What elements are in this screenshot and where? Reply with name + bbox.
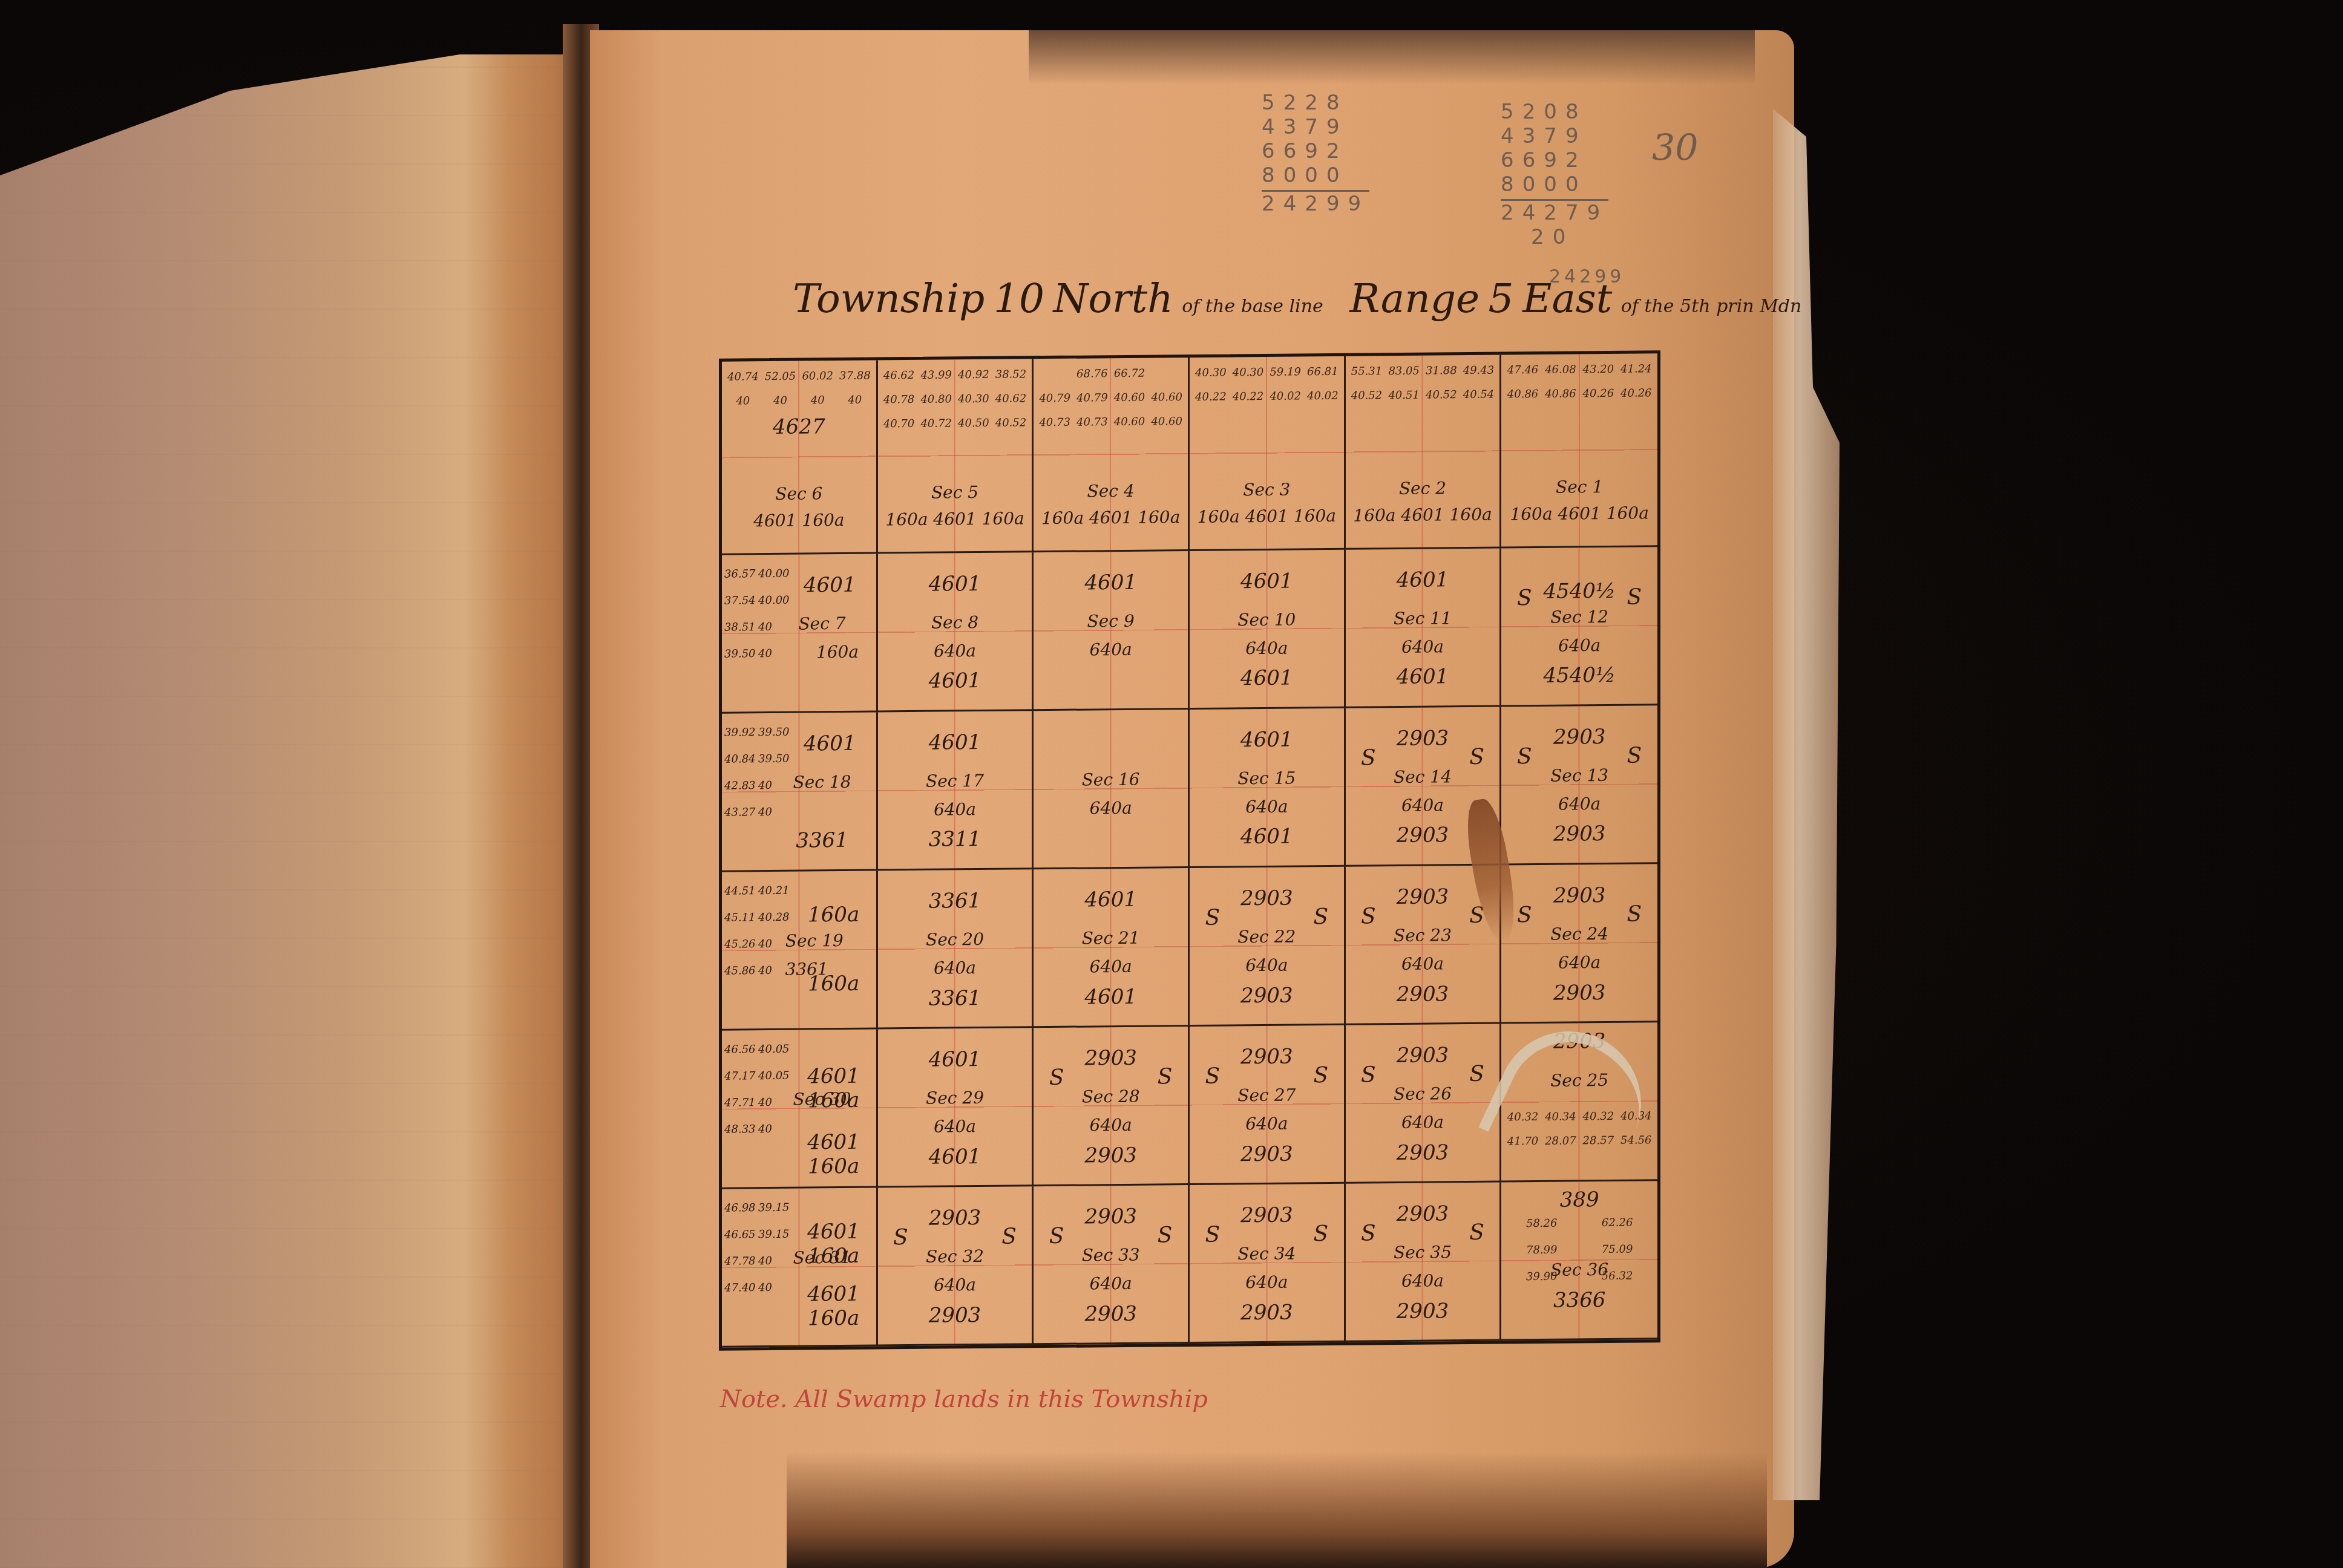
acreage: 160a 4601 160a: [1034, 507, 1188, 528]
acreage: 640a: [1346, 636, 1500, 657]
acreage: 640a: [1346, 1270, 1500, 1292]
section-cell-4: 68.7666.72 40.7940.7940.6040.60 40.7340.…: [1034, 358, 1190, 552]
section-cell-10: 4601Sec 10640a4601: [1190, 549, 1346, 709]
owner-number: 4601: [784, 572, 876, 597]
section-label: Sec 24: [1501, 924, 1657, 945]
section-cell-13: SS2903Sec 13640a2903: [1501, 705, 1657, 865]
section-cell-31: 46.9839.1546.6539.1547.784047.40404601 1…: [722, 1187, 878, 1347]
section-cell-6: 40.7452.0560.0237.88 40404040 4627 Sec 6…: [722, 360, 878, 555]
acreage: 640a: [1190, 796, 1344, 817]
acreage: 160a: [791, 971, 876, 996]
section-label: Sec 32: [878, 1246, 1032, 1267]
section-cell-16: Sec 16640a: [1034, 710, 1190, 869]
owner-number: 2903: [1501, 724, 1657, 750]
section-label: Sec 30: [768, 1089, 876, 1110]
acreage: 640a: [878, 799, 1032, 820]
section-label: Sec 31: [768, 1247, 876, 1269]
section-cell-5: 46.6243.9940.9238.52 40.7840.8040.3040.6…: [878, 359, 1034, 554]
section-cell-26: SS2903Sec 26640a2903: [1346, 1024, 1502, 1183]
owner-number: 2903: [1346, 1042, 1500, 1068]
section-label: Sec 33: [1034, 1244, 1188, 1266]
section-label: Sec 11: [1346, 608, 1500, 629]
section-label: Sec 10: [1190, 609, 1344, 630]
acreage: 640a: [878, 1116, 1032, 1137]
section-cell-21: 4601Sec 21640a4601: [1034, 868, 1190, 1028]
title-range-direction: East: [1522, 275, 1612, 322]
lot-areas: 40.3040.3059.1966.81 40.2240.2240.0240.0…: [1192, 360, 1342, 410]
addend: 4379: [1262, 115, 1369, 139]
owner-number: 2903: [1501, 980, 1657, 1005]
owner-number: 2903: [1501, 822, 1657, 847]
owner-number: 4601: [1034, 887, 1188, 912]
section-grid: 40.7452.0560.0237.88 40404040 4627 Sec 6…: [719, 350, 1660, 1351]
owner-number: 4601: [878, 668, 1032, 694]
addend: 6692: [1501, 148, 1608, 172]
addend: 8000: [1262, 163, 1369, 188]
addend: 5208: [1501, 100, 1608, 124]
section-label: Sec 22: [1190, 926, 1344, 947]
title-township-number: 10: [994, 275, 1044, 322]
owner-number: 4627: [722, 414, 876, 439]
section-cell-28: SS2903Sec 28640a2903: [1034, 1027, 1190, 1186]
lot-areas: 68.7666.72 40.7940.7940.6040.60 40.7340.…: [1036, 361, 1185, 435]
owner-number: 2903: [1034, 1204, 1188, 1229]
owner-number: 4601: [1190, 727, 1344, 753]
addend: 8000: [1501, 172, 1608, 197]
owner-number: 2903: [1346, 1201, 1500, 1227]
acreage: 160a: [799, 641, 876, 662]
owner-number: 2903: [1346, 981, 1500, 1007]
section-cell-9: 4601Sec 9640a: [1034, 551, 1190, 711]
left-page-blank: [0, 54, 581, 1568]
section-label: Sec 29: [878, 1088, 1032, 1109]
owner-number: 4601: [1190, 569, 1344, 594]
section-cell-32: SS2903Sec 32640a2903: [878, 1186, 1034, 1346]
section-cell-17: 4601Sec 17640a3311: [878, 711, 1034, 871]
section-cell-3: 40.3040.3059.1966.81 40.2240.2240.0240.0…: [1190, 356, 1346, 551]
lot-areas: 40.7452.0560.0237.88 40404040: [724, 364, 874, 414]
sum-total: 24279: [1501, 199, 1608, 225]
title-base-line: of the base line: [1182, 296, 1323, 317]
section-cell-36: 38958.2662.2678.9975.0939.9056.32Sec 363…: [1501, 1181, 1657, 1341]
section-label: Sec 36: [1501, 1259, 1657, 1281]
owner-number: 2903: [1346, 725, 1500, 751]
owner-number: 3361: [878, 888, 1032, 913]
owner-number: 4601: [878, 730, 1032, 755]
sum-total: 24299: [1262, 190, 1369, 216]
owner-number: 4601: [784, 731, 876, 756]
section-cell-19: 44.5140.2145.1140.2845.264045.8640160aSe…: [722, 871, 878, 1030]
section-label: Sec 12: [1501, 606, 1657, 627]
section-label: Sec 35: [1346, 1242, 1500, 1263]
addend: 6692: [1262, 139, 1369, 163]
acreage: 640a: [1034, 797, 1188, 818]
section-label: Sec 4: [1034, 480, 1188, 501]
section-cell-34: SS2903Sec 34640a2903: [1190, 1184, 1346, 1344]
section-label: Sec 7: [768, 613, 876, 635]
acreage: 4601 160a: [722, 510, 876, 531]
acreage: 160a 4601 160a: [1346, 505, 1500, 526]
section-cell-1: 47.4646.0843.2041.24 40.8640.8640.2640.2…: [1501, 353, 1657, 548]
owner-number: 3366: [1501, 1287, 1657, 1313]
section-label: Sec 6: [722, 483, 876, 504]
title-range-label: Range: [1350, 275, 1480, 322]
owner-number: 4540½: [1501, 578, 1657, 604]
section-cell-15: 4601Sec 15640a4601: [1190, 708, 1346, 868]
acreage: 640a: [1190, 1272, 1344, 1293]
owner-number: 2903: [1034, 1143, 1188, 1168]
section-label: Sec 27: [1190, 1085, 1344, 1106]
pencil-sum-2: 5208 4379 6692 8000 24279 20: [1501, 100, 1608, 249]
lot-areas: 46.6243.9940.9238.52 40.7840.8040.3040.6…: [880, 362, 1030, 436]
pencil-sum-1: 5228 4379 6692 8000 24299: [1262, 91, 1369, 216]
section-label: Sec 15: [1190, 768, 1344, 789]
owner-number: 2903: [1190, 1141, 1344, 1166]
owner-number: 2903: [1190, 1203, 1344, 1228]
owner-number: 4601: [878, 1047, 1032, 1072]
owner-number: 4601: [1034, 570, 1188, 595]
acreage: 640a: [1190, 1113, 1344, 1134]
owner-number: 2903: [1346, 1140, 1500, 1165]
section-label: Sec 9: [1034, 610, 1188, 632]
section-cell-18: 39.9239.5040.8439.5042.834043.27404601Se…: [722, 712, 878, 872]
title-meridian: of the 5th prin Mdn: [1621, 296, 1802, 317]
owner-number: 2903: [1190, 1044, 1344, 1070]
section-cell-20: 3361Sec 20640a3361: [878, 869, 1034, 1029]
owner-number: 4601: [1190, 665, 1344, 691]
acreage: 640a: [1034, 956, 1188, 977]
owner-number: 4601 160a: [791, 1129, 876, 1178]
owner-number: 2903: [878, 1205, 1032, 1230]
section-label: Sec 1: [1501, 476, 1657, 497]
section-cell-27: SS2903Sec 27640a2903: [1190, 1025, 1346, 1185]
owner-number: 4601 160a: [791, 1282, 876, 1331]
acreage: 640a: [1501, 952, 1657, 973]
acreage: 640a: [1034, 639, 1188, 660]
acreage: 640a: [1346, 1111, 1500, 1132]
acreage: 640a: [878, 1274, 1032, 1295]
owner-number: 2903: [1034, 1045, 1188, 1071]
section-label: Sec 19: [753, 930, 876, 952]
addend: 5228: [1262, 91, 1369, 115]
section-label: Sec 8: [878, 612, 1032, 633]
section-cell-2: 55.3183.0531.8849.43 40.5240.5140.5240.5…: [1346, 355, 1502, 550]
title-range-number: 5: [1489, 275, 1514, 322]
section-label: Sec 14: [1346, 766, 1500, 788]
acreage: 160a 4601 160a: [1501, 503, 1657, 524]
section-label: Sec 5: [878, 482, 1032, 503]
top-edge-stain: [1029, 30, 1755, 85]
section-label: Sec 13: [1501, 765, 1657, 786]
lot-areas: 55.3183.0531.8849.43 40.5240.5140.5240.5…: [1348, 359, 1498, 408]
acreage: 640a: [1346, 953, 1500, 974]
owner-number: 4601: [878, 1144, 1032, 1169]
owner-number: 2903: [878, 1302, 1032, 1328]
addend: 4379: [1501, 124, 1608, 148]
section-cell-11: 4601Sec 11640a4601: [1346, 548, 1502, 708]
owner-number: 4601: [1346, 567, 1500, 592]
section-cell-24: SS2903Sec 24640a2903: [1501, 864, 1657, 1024]
owner-number: 4601: [1190, 824, 1344, 849]
section-cell-29: 4601Sec 29640a4601: [878, 1028, 1034, 1187]
section-cell-12: SS4540½Sec 12640a4540½: [1501, 547, 1657, 707]
section-label: Sec 17: [878, 770, 1032, 791]
sum-extra: 20: [1501, 225, 1608, 249]
acreage: 640a: [878, 957, 1032, 978]
section-label: Sec 23: [1346, 925, 1500, 946]
owner-number: 3361: [768, 828, 876, 854]
title-township-label: Township: [793, 275, 985, 322]
section-label: Sec 21: [1034, 927, 1188, 949]
owner-number: 2903: [1190, 1299, 1344, 1325]
section-label: Sec 3: [1190, 479, 1344, 500]
section-label: Sec 16: [1034, 769, 1188, 790]
owner-number: 2903: [1501, 883, 1657, 908]
bottom-wear: [787, 1452, 1767, 1568]
owner-number: 2903: [1190, 886, 1344, 911]
section-cell-35: SS2903Sec 35640a2903: [1346, 1182, 1502, 1342]
owner-number: 4601: [878, 571, 1032, 596]
owner-number: 2903: [1190, 982, 1344, 1008]
section-label: Sec 2: [1346, 477, 1500, 498]
acreage: 640a: [878, 640, 1032, 661]
section-label: Sec 26: [1346, 1083, 1500, 1105]
title-direction: North: [1054, 275, 1173, 322]
page-title: Township 10 North of the base line Range…: [793, 275, 1700, 322]
section-cell-30: 46.5640.0547.1740.0547.714048.33404601 1…: [722, 1029, 878, 1189]
section-label: Sec 34: [1190, 1243, 1344, 1264]
faint-ruling: [0, 54, 581, 1568]
acreage: 640a: [1190, 955, 1344, 976]
acreage: 160a 4601 160a: [1190, 506, 1344, 527]
acreage: 640a: [1034, 1114, 1188, 1135]
section-cell-8: 4601Sec 8640a4601: [878, 552, 1034, 712]
acreage: 160a 4601 160a: [878, 508, 1032, 529]
acreage: 640a: [1190, 638, 1344, 659]
page-number: 30: [1652, 127, 1698, 169]
section-label: Sec 28: [1034, 1086, 1188, 1107]
owner-number: 3311: [878, 827, 1032, 852]
section-cell-33: SS2903Sec 33640a2903: [1034, 1185, 1190, 1345]
owner-number: 2903: [1034, 1301, 1188, 1327]
owner-number: 4601: [1034, 984, 1188, 1010]
township-plat: 40.7452.0560.0237.88 40404040 4627 Sec 6…: [719, 354, 1660, 1347]
swamp-lands-note: Note. All Swamp lands in this Township: [720, 1385, 1208, 1413]
acreage: 640a: [1501, 635, 1657, 656]
owner-number: 2903: [1346, 1298, 1500, 1324]
section-label: Sec 20: [878, 929, 1032, 950]
section-cell-22: SS2903Sec 22640a2903: [1190, 867, 1346, 1027]
section-cell-7: 36.5740.0037.5440.0038.514039.50404601Se…: [722, 554, 878, 713]
acreage: 160a: [791, 902, 876, 927]
acreage: 640a: [1034, 1273, 1188, 1294]
owner-number: 4540½: [1501, 663, 1657, 688]
acreage: 640a: [1501, 793, 1657, 814]
section-label: Sec 18: [768, 772, 876, 793]
owner-number: 4601: [1346, 664, 1500, 690]
owner-number: 3361: [878, 985, 1032, 1011]
lot-areas: 47.4646.0843.2041.24 40.8640.8640.2640.2…: [1504, 357, 1655, 407]
